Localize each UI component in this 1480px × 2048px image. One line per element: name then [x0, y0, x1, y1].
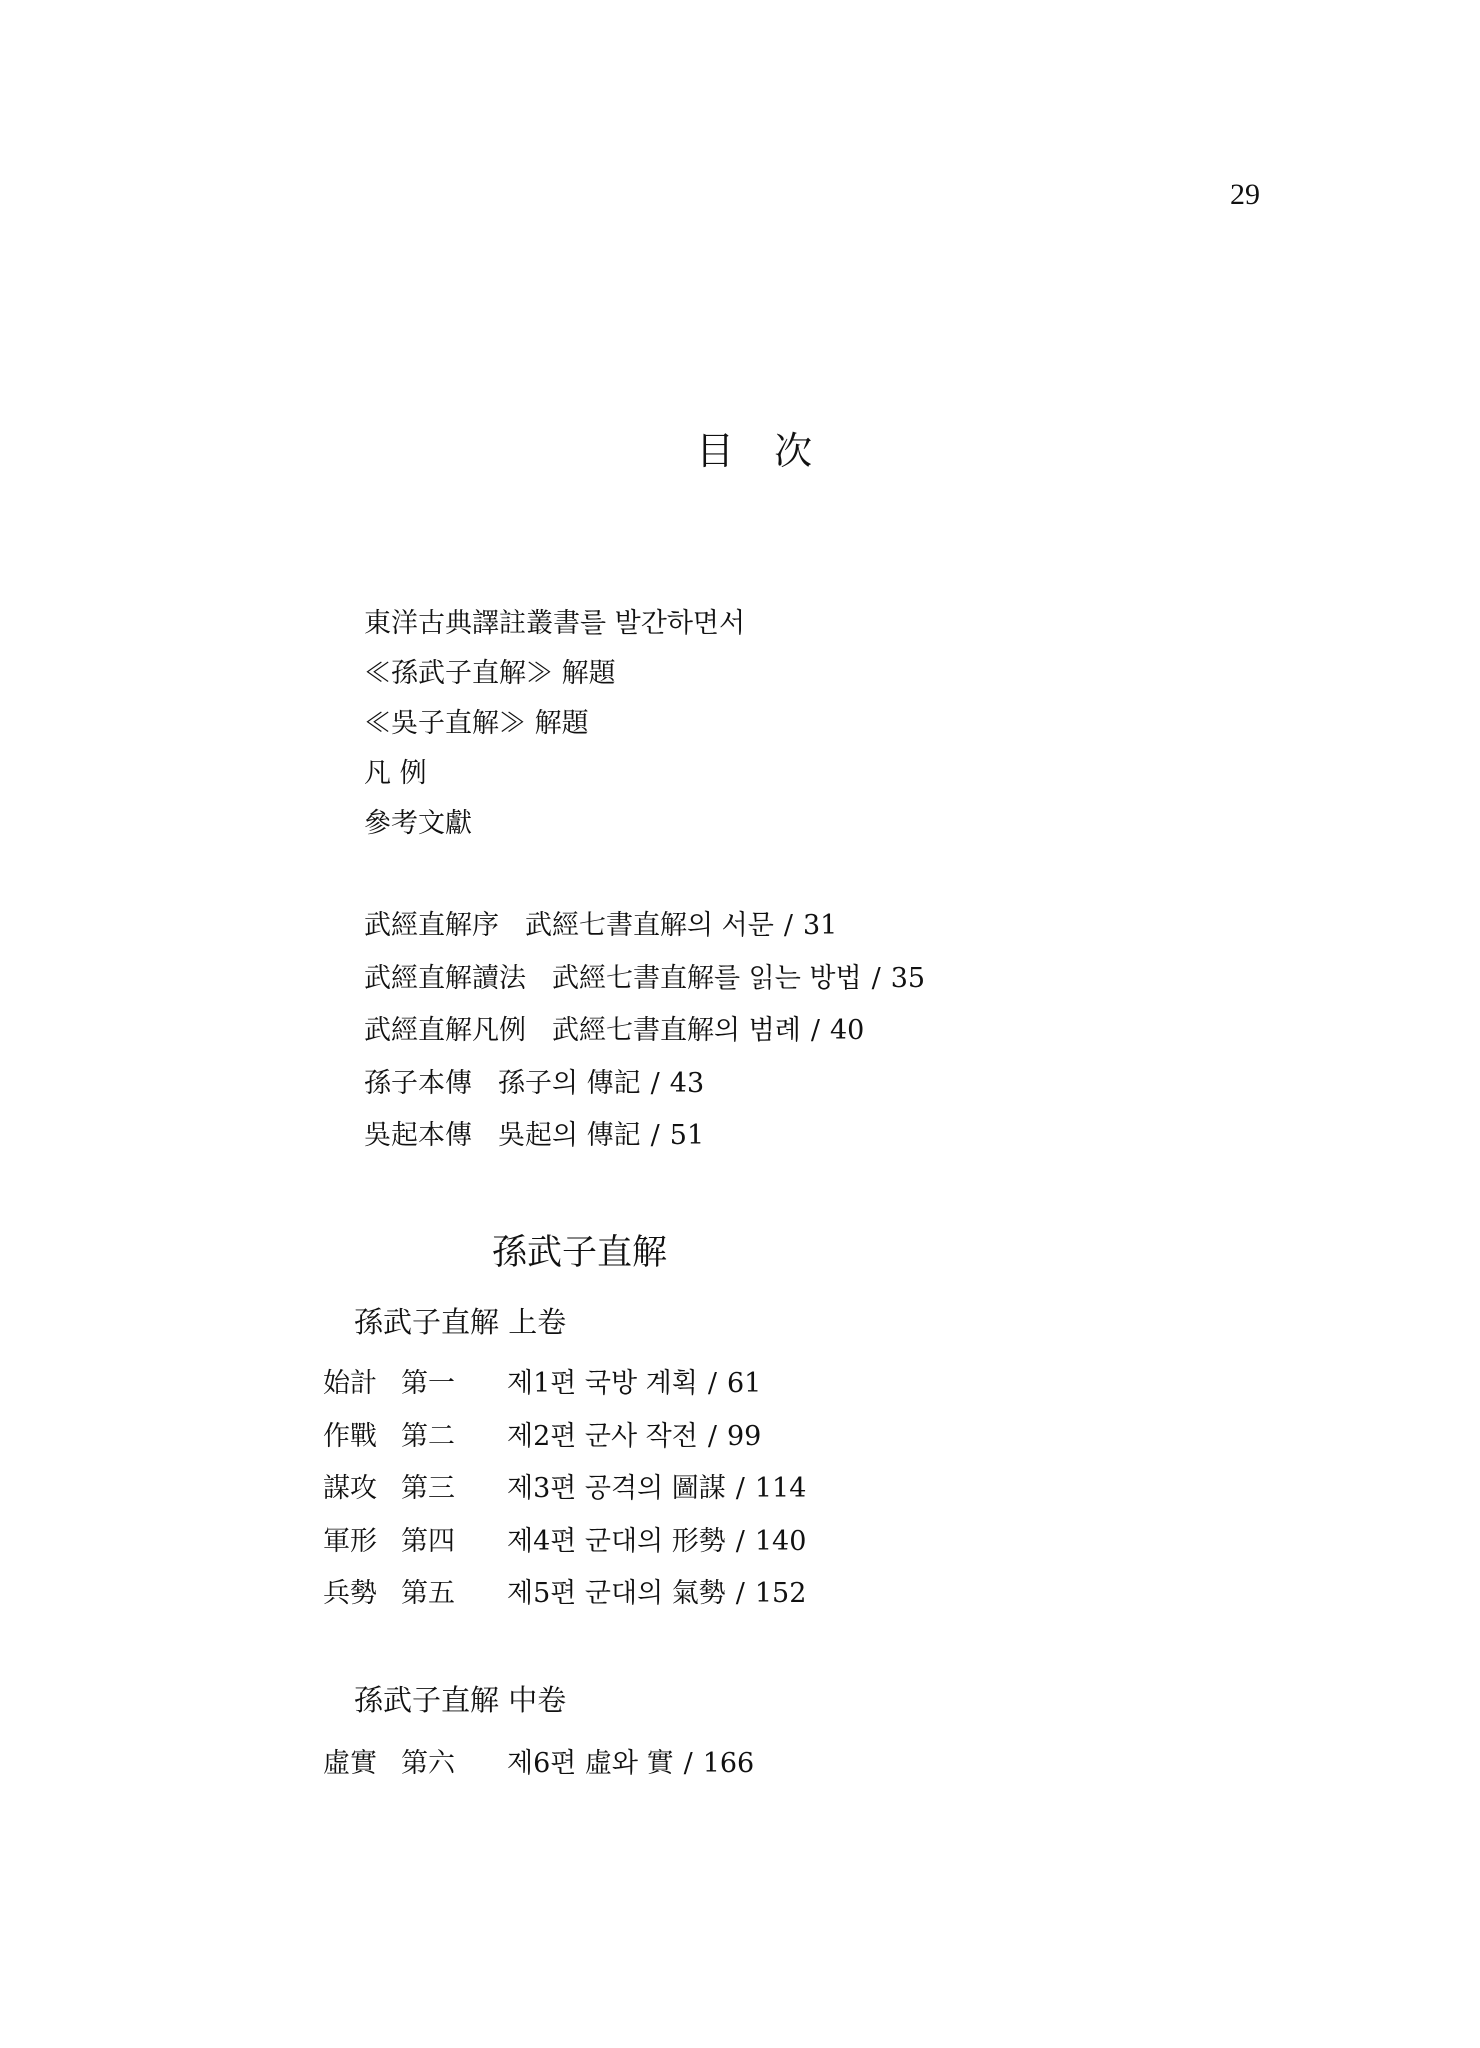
- chapter-page-number: 166: [703, 1748, 755, 1779]
- chapter-page-number: 61: [727, 1368, 761, 1399]
- page-number: 29: [1230, 180, 1260, 210]
- chapter-page-number: 140: [755, 1526, 807, 1557]
- page-separator: /: [811, 1015, 820, 1046]
- toc-entry-chapter[interactable]: 軍形第四제4편 군대의 形勢/140: [323, 1526, 806, 1579]
- chapter-list-upper: 始計第一제1편 국방 계획/61 作戰第二제2편 군사 작전/99 謀攻第三제3…: [323, 1368, 806, 1631]
- toc-entry-preliminary[interactable]: 武經直解讀法武經七書直解를 읽는 방법/35: [364, 963, 925, 1016]
- chapter-korean-title: 제6편 虛와 實: [507, 1748, 674, 1779]
- entry-korean-title: 孫子의 傳記: [498, 1068, 641, 1099]
- front-matter-list: 東洋古典譯註叢書를 발간하면서 ≪孫武子直解≫ 解題 ≪吳子直解≫ 解題 凡 例…: [364, 608, 745, 858]
- entry-page-number: 35: [891, 963, 925, 994]
- toc-entry-preliminary[interactable]: 武經直解序武經七書直解의 서문/31: [364, 910, 925, 963]
- section-title: 孫武子直解: [492, 1236, 667, 1271]
- page-separator: /: [736, 1473, 745, 1504]
- toc-entry-preliminary[interactable]: 吳起本傳吳起의 傳記/51: [364, 1120, 925, 1173]
- toc-entry-explanatory-notes[interactable]: 凡 例: [364, 758, 745, 808]
- entry-page-number: 31: [803, 910, 837, 941]
- page-separator: /: [708, 1421, 717, 1452]
- page-separator: /: [872, 963, 881, 994]
- chapter-order: 第五: [401, 1578, 489, 1610]
- chapter-page-number: 152: [755, 1578, 807, 1609]
- entry-hanja-title: 孫子本傳: [364, 1068, 472, 1099]
- chapter-order: 第二: [401, 1421, 489, 1453]
- chapter-hanja-title: 謀攻: [323, 1473, 391, 1505]
- chapter-korean-title: 제3편 공격의 圖謀: [507, 1473, 726, 1504]
- entry-page-number: 43: [670, 1068, 704, 1099]
- page-separator: /: [651, 1068, 660, 1099]
- page-separator: /: [736, 1526, 745, 1557]
- chapter-order: 第一: [401, 1368, 489, 1400]
- page-separator: /: [684, 1748, 693, 1779]
- chapter-korean-title: 제5편 군대의 氣勢: [507, 1578, 726, 1609]
- chapter-hanja-title: 軍形: [323, 1526, 391, 1558]
- chapter-hanja-title: 兵勢: [323, 1578, 391, 1610]
- toc-entry-chapter[interactable]: 兵勢第五제5편 군대의 氣勢/152: [323, 1578, 806, 1631]
- entry-hanja-title: 武經直解讀法: [364, 963, 526, 994]
- chapter-order: 第三: [401, 1473, 489, 1505]
- entry-hanja-title: 吳起本傳: [364, 1120, 472, 1151]
- page-separator: /: [651, 1120, 660, 1151]
- entry-page-number: 40: [830, 1015, 864, 1046]
- entry-hanja-title: 武經直解序: [364, 910, 499, 941]
- volume-title-upper: 孫武子直解 上卷: [354, 1308, 566, 1337]
- toc-entry-chapter[interactable]: 始計第一제1편 국방 계획/61: [323, 1368, 806, 1421]
- toc-entry-references[interactable]: 參考文獻: [364, 808, 745, 858]
- page-separator: /: [736, 1578, 745, 1609]
- entry-hanja-title: 武經直解凡例: [364, 1015, 526, 1046]
- chapter-hanja-title: 虛實: [323, 1748, 391, 1780]
- toc-entry-chapter[interactable]: 謀攻第三제3편 공격의 圖謀/114: [323, 1473, 806, 1526]
- page-separator: /: [708, 1368, 717, 1399]
- chapter-hanja-title: 作戰: [323, 1421, 391, 1453]
- chapter-korean-title: 제2편 군사 작전: [507, 1421, 698, 1452]
- toc-entry-chapter[interactable]: 作戰第二제2편 군사 작전/99: [323, 1421, 806, 1474]
- chapter-korean-title: 제4편 군대의 形勢: [507, 1526, 726, 1557]
- entry-korean-title: 武經七書直解의 서문: [525, 910, 774, 941]
- toc-entry-wuzi-introduction[interactable]: ≪吳子直解≫ 解題: [364, 708, 745, 758]
- chapter-korean-title: 제1편 국방 계획: [507, 1368, 698, 1399]
- chapter-page-number: 114: [755, 1473, 807, 1504]
- entry-korean-title: 吳起의 傳記: [498, 1120, 641, 1151]
- chapter-order: 第六: [401, 1748, 489, 1780]
- toc-entry-preliminary[interactable]: 武經直解凡例武經七書直解의 범례/40: [364, 1015, 925, 1068]
- chapter-hanja-title: 始計: [323, 1368, 391, 1400]
- chapter-order: 第四: [401, 1526, 489, 1558]
- preliminaries-list: 武經直解序武經七書直解의 서문/31 武經直解讀法武經七書直解를 읽는 방법/3…: [364, 910, 925, 1173]
- entry-page-number: 51: [670, 1120, 704, 1151]
- toc-entry-publication-preface[interactable]: 東洋古典譯註叢書를 발간하면서: [364, 608, 745, 658]
- toc-entry-sunzi-introduction[interactable]: ≪孫武子直解≫ 解題: [364, 658, 745, 708]
- chapter-page-number: 99: [727, 1421, 761, 1452]
- toc-entry-chapter[interactable]: 虛實第六제6편 虛와 實/166: [323, 1748, 754, 1801]
- toc-entry-preliminary[interactable]: 孫子本傳孫子의 傳記/43: [364, 1068, 925, 1121]
- page-title: 目 次: [696, 432, 826, 470]
- chapter-list-middle: 虛實第六제6편 虛와 實/166: [323, 1748, 754, 1801]
- volume-title-middle: 孫武子直解 中卷: [354, 1686, 566, 1715]
- entry-korean-title: 武經七書直解의 범례: [552, 1015, 801, 1046]
- entry-korean-title: 武經七書直解를 읽는 방법: [552, 963, 862, 994]
- page-separator: /: [784, 910, 793, 941]
